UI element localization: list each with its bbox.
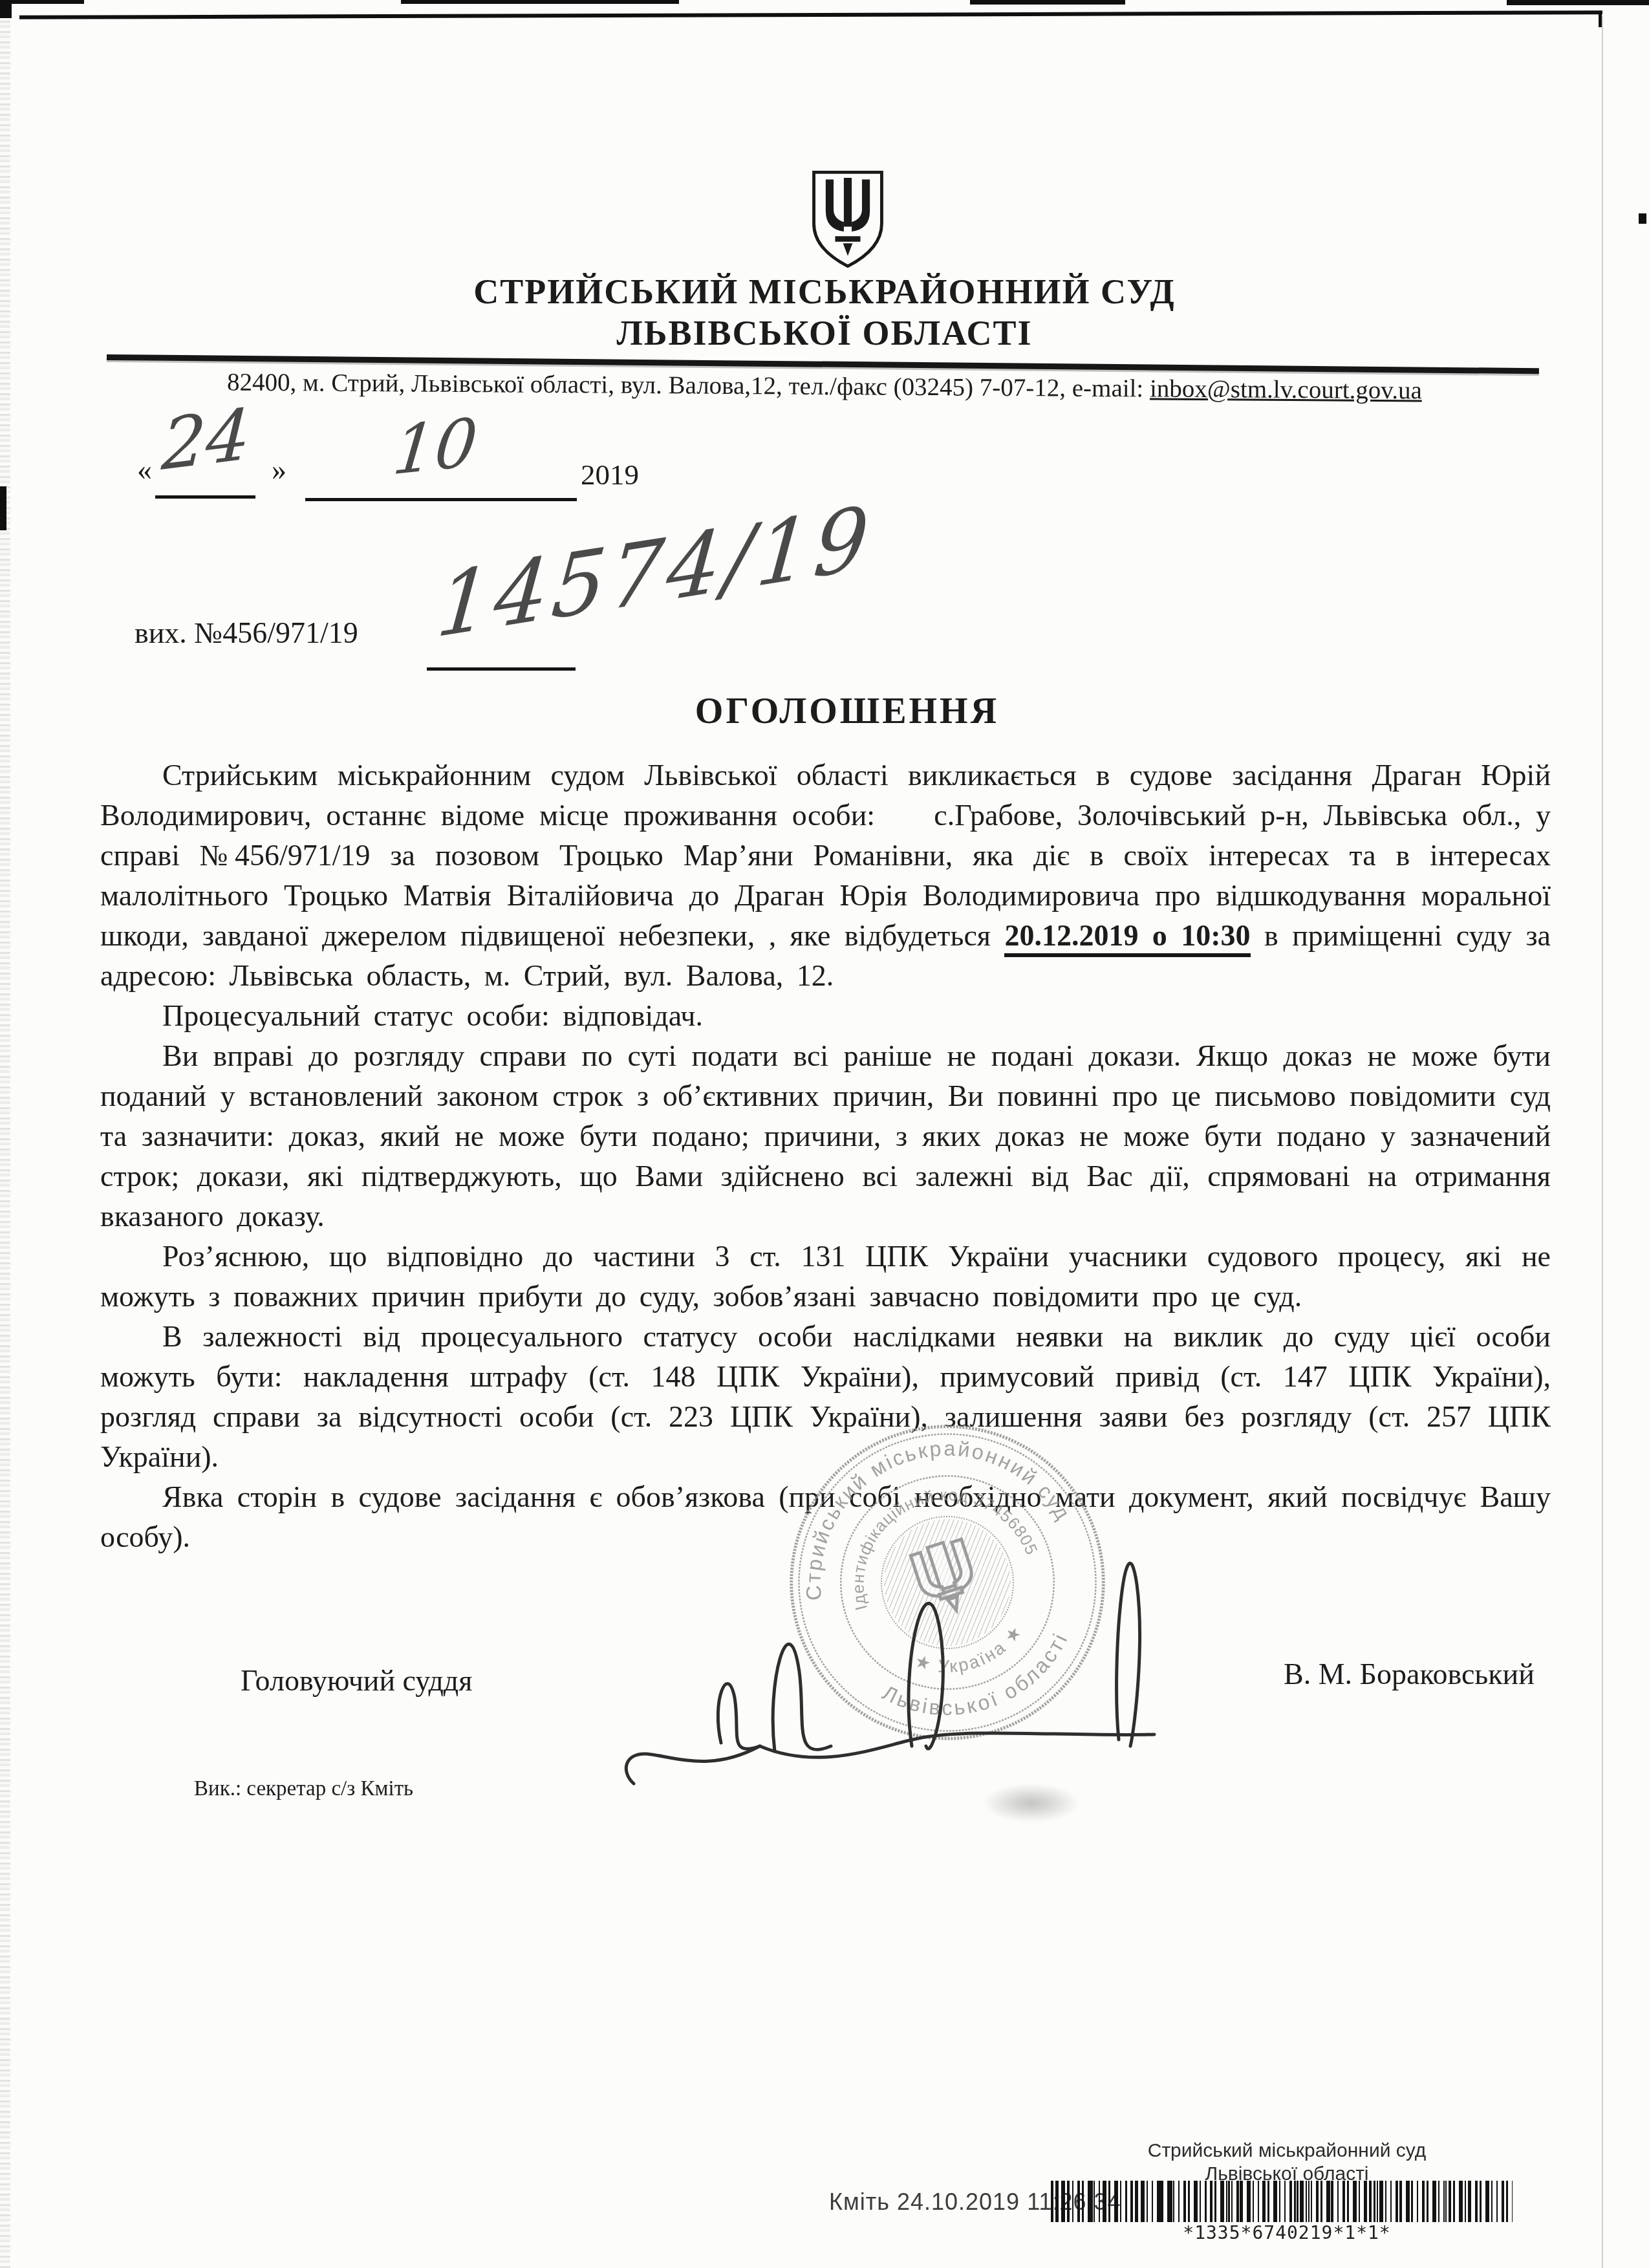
scan-artifact: [401, 0, 679, 4]
court-name-line2: ЛЬВІВСЬКОЇ ОБЛАСТІ: [0, 314, 1649, 352]
scan-artifact: [1507, 0, 1649, 5]
announcement-title: ОГОЛОШЕННЯ: [0, 691, 1649, 732]
scan-artifact: [970, 0, 1125, 5]
footer-court-line1: Стрийський міськрайонний суд: [1093, 2139, 1481, 2163]
paragraph-status: Процесуальний статус особи: відповідач.: [100, 996, 1551, 1036]
scan-artifact-top-line: [19, 10, 1602, 19]
paper-edge-line: [1602, 16, 1603, 2268]
close-quote: »: [272, 453, 286, 487]
scanned-court-document: СТРИЙСЬКИЙ МІСЬКРАЙОННИЙ СУД ЛЬВІВСЬКОЇ …: [0, 0, 1649, 2268]
court-name-line1: СТРИЙСЬКИЙ МІСЬКРАЙОННИЙ СУД: [0, 273, 1649, 310]
clerk-note: Вик.: секретар с/з Кміть: [194, 1777, 413, 1801]
scan-artifact: [0, 486, 6, 530]
scan-artifact: [1639, 213, 1646, 224]
judge-signature: [608, 1468, 1190, 1804]
barcode-text: *1335*6740219*1*1*: [1093, 2222, 1481, 2243]
judge-name: В. М. Бораковський: [1284, 1657, 1535, 1691]
footer-court-name: Стрийський міськрайонний суд Львівської …: [1093, 2139, 1481, 2186]
paragraph-notice: Роз’яснюю, що відповідно до частини 3 ст…: [100, 1237, 1551, 1317]
open-quote: «: [137, 453, 152, 487]
handwritten-ref-number: 14574/19: [433, 487, 876, 658]
ukraine-trident-emblem-icon: [808, 169, 887, 269]
judge-label: Головуючий суддя: [241, 1663, 472, 1698]
barcode: [1051, 2181, 1513, 2222]
court-address-text: 82400, м. Стрий, Львівської області, вул…: [227, 369, 1150, 403]
paragraph-summons: Стрийським міськрайонним судом Львівсько…: [100, 755, 1551, 996]
day-blank-line: [155, 495, 255, 499]
year-printed: 2019: [581, 458, 639, 491]
hearing-datetime: 20.12.2019 о 10:30: [1004, 919, 1250, 957]
month-blank-line: [305, 498, 577, 501]
outgoing-number-label: вих. №456/971/19: [135, 616, 358, 650]
paragraph-evidence: Ви вправі до розгляду справи по суті под…: [100, 1036, 1551, 1237]
handwritten-month: 10: [389, 404, 481, 491]
handwritten-day: 24: [160, 394, 252, 487]
scan-artifact: [0, 0, 84, 4]
ref-blank-line: [427, 667, 576, 671]
court-email: inbox@stm.lv.court.gov.ua: [1150, 375, 1422, 405]
